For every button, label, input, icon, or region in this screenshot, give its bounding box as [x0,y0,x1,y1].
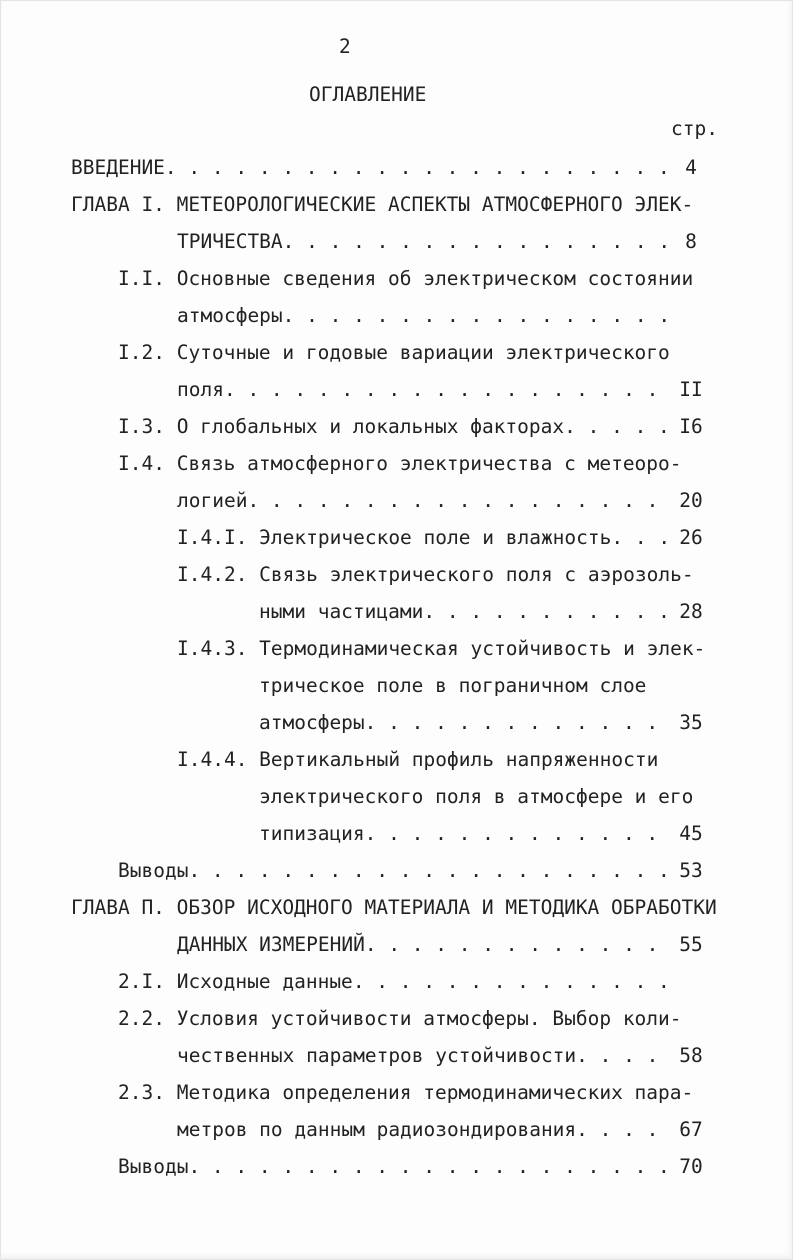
toc-entry-text: 2.3. Методика определения термодинамичес… [118,1074,693,1111]
toc-entry-text: Выводы [118,1148,188,1185]
toc-entry-text: ГЛАВА П. ОБЗОР ИСХОДНОГО МАТЕРИАЛА И МЕТ… [71,889,717,926]
toc-entry-text: ГЛАВА I. МЕТЕОРОЛОГИЧЕСКИЕ АСПЕКТЫ АТМОС… [71,186,693,223]
toc-entry-text: 2.I. Исходные данные [118,963,353,1000]
toc-entry-text: I.4.3. Термодинамическая устойчивость и … [177,630,705,667]
dot-leader: . . . . . . . . . . . . . . . . . . . . … [188,852,666,889]
toc-entry-text: I.4.4. Вертикальный профиль напряженност… [177,741,658,778]
dot-leader: . . . . . . . . . . . . . . . . . . . . … [576,1037,666,1074]
toc-row: атмосферы . . . . . . . . . . . . . . . … [1,704,792,741]
toc-row: ными частицами . . . . . . . . . . . . .… [1,593,792,630]
toc-row: ДАННЫХ ИЗМЕРЕНИЙ . . . . . . . . . . . .… [1,926,792,963]
toc-row: I.4. Связь атмосферного электричества с … [1,445,792,482]
toc-row: I.I. Основные сведения об электрическом … [1,260,792,297]
page-number: II [666,371,716,408]
toc-row: ВВЕДЕНИЕ . . . . . . . . . . . . . . . .… [1,149,792,186]
page-number: 4 [666,149,716,186]
toc-entry-text: 2.2. Условия устойчивости атмосферы. Выб… [118,1000,682,1037]
dot-leader: . . . . . . . . . . . . . . . . . . . . … [423,593,666,630]
toc-row: трическое поле в пограничном слое [1,667,792,704]
toc-row: типизация . . . . . . . . . . . . . . . … [1,815,792,852]
toc-entry-text: чественных параметров устойчивости [177,1037,576,1074]
dot-leader: . . . . . . . . . . . . . . . . . . . . … [564,408,666,445]
toc-entry-text: I.I. Основные сведения об электрическом … [118,260,693,297]
toc-entry-text: типизация [259,815,365,852]
page-number: 26 [666,519,716,556]
toc-row: ТРИЧЕСТВА . . . . . . . . . . . . . . . … [1,223,792,260]
page-number: 35 [666,704,716,741]
toc-row: 2.3. Методика определения термодинамичес… [1,1074,792,1111]
toc-entry-text: I.4. Связь атмосферного электричества с … [118,445,682,482]
toc-entry-text: атмосферы [259,704,365,741]
toc-entry-text: метров по данным радиозондирования [177,1111,576,1148]
dot-leader: . . . . . . . . . . . . . . . . . . . . … [247,482,666,519]
toc-entry-text: I.3. О глобальных и локальных факторах [118,408,564,445]
toc-entry-text: ВВЕДЕНИЕ [71,149,165,186]
page-number: 67 [666,1111,716,1148]
toc-entry-text: I.2. Суточные и годовые вариации электри… [118,334,670,371]
toc-row: I.4.I. Электрическое поле и влажность . … [1,519,792,556]
toc-row: чественных параметров устойчивости . . .… [1,1037,792,1074]
dot-leader: . . . . . . . . . . . . . . . . . . . . … [576,1111,666,1148]
dot-leader: . . . . . . . . . . . . . . . . . . . . … [224,371,666,408]
document-page: 2 ОГЛАВЛЕНИЕ стр. ВВЕДЕНИЕ . . . . . . .… [0,0,793,1260]
page-number: 53 [666,852,716,889]
page-title: ОГЛАВЛЕНИЕ [309,83,426,106]
toc-row: ГЛАВА П. ОБЗОР ИСХОДНОГО МАТЕРИАЛА И МЕТ… [1,889,792,926]
toc-row: логией . . . . . . . . . . . . . . . . .… [1,482,792,519]
dot-leader: . . . . . . . . . . . . . . . . . . . . … [353,963,666,1000]
dot-leader: . . . . . . . . . . . . . . . . . . . . … [165,149,666,186]
toc-row: 2.2. Условия устойчивости атмосферы. Выб… [1,1000,792,1037]
toc-entry-text: поля [177,371,224,408]
toc-row: поля . . . . . . . . . . . . . . . . . .… [1,371,792,408]
toc-row: ГЛАВА I. МЕТЕОРОЛОГИЧЕСКИЕ АСПЕКТЫ АТМОС… [1,186,792,223]
page-number: 20 [666,482,716,519]
page-number: 70 [666,1148,716,1185]
dot-leader: . . . . . . . . . . . . . . . . . . . . … [611,519,666,556]
toc-row: I.3. О глобальных и локальных факторах .… [1,408,792,445]
toc-row: атмосферы . . . . . . . . . . . . . . . … [1,297,792,334]
page-column-header: стр. [671,117,718,140]
toc-row: Выводы . . . . . . . . . . . . . . . . .… [1,1148,792,1185]
page-number: 8 [666,223,716,260]
page-number: 28 [666,593,716,630]
toc-entry-text: I.4.I. Электрическое поле и влажность [177,519,611,556]
dot-leader: . . . . . . . . . . . . . . . . . . . . … [365,815,666,852]
toc-entry-text: ными частицами [259,593,423,630]
dot-leader: . . . . . . . . . . . . . . . . . . . . … [283,223,666,260]
page-number: I6 [666,408,716,445]
toc-row: I.4.4. Вертикальный профиль напряженност… [1,741,792,778]
toc-entry-text: логией [177,482,247,519]
dot-leader: . . . . . . . . . . . . . . . . . . . . … [188,1148,666,1185]
toc-entry-text: Выводы [118,852,188,889]
page-number: 55 [666,926,716,963]
toc-row: I.2. Суточные и годовые вариации электри… [1,334,792,371]
toc-entry-text: электрического поля в атмосфере и его [259,778,693,815]
toc-entry-text: атмосферы [177,297,283,334]
toc-row: I.4.3. Термодинамическая устойчивость и … [1,630,792,667]
dot-leader: . . . . . . . . . . . . . . . . . . . . … [283,297,666,334]
page-number-header: 2 [339,35,351,58]
table-of-contents: ВВЕДЕНИЕ . . . . . . . . . . . . . . . .… [1,149,792,1185]
toc-row: 2.I. Исходные данные . . . . . . . . . .… [1,963,792,1000]
dot-leader: . . . . . . . . . . . . . . . . . . . . … [365,926,666,963]
toc-row: электрического поля в атмосфере и его [1,778,792,815]
page-number: 58 [666,1037,716,1074]
toc-row: I.4.2. Связь электрического поля с аэроз… [1,556,792,593]
toc-entry-text: ДАННЫХ ИЗМЕРЕНИЙ [177,926,365,963]
dot-leader: . . . . . . . . . . . . . . . . . . . . … [365,704,666,741]
toc-row: Выводы . . . . . . . . . . . . . . . . .… [1,852,792,889]
toc-entry-text: трическое поле в пограничном слое [259,667,646,704]
toc-entry-text: ТРИЧЕСТВА [177,223,283,260]
toc-row: метров по данным радиозондирования . . .… [1,1111,792,1148]
page-number: 45 [666,815,716,852]
toc-entry-text: I.4.2. Связь электрического поля с аэроз… [177,556,694,593]
